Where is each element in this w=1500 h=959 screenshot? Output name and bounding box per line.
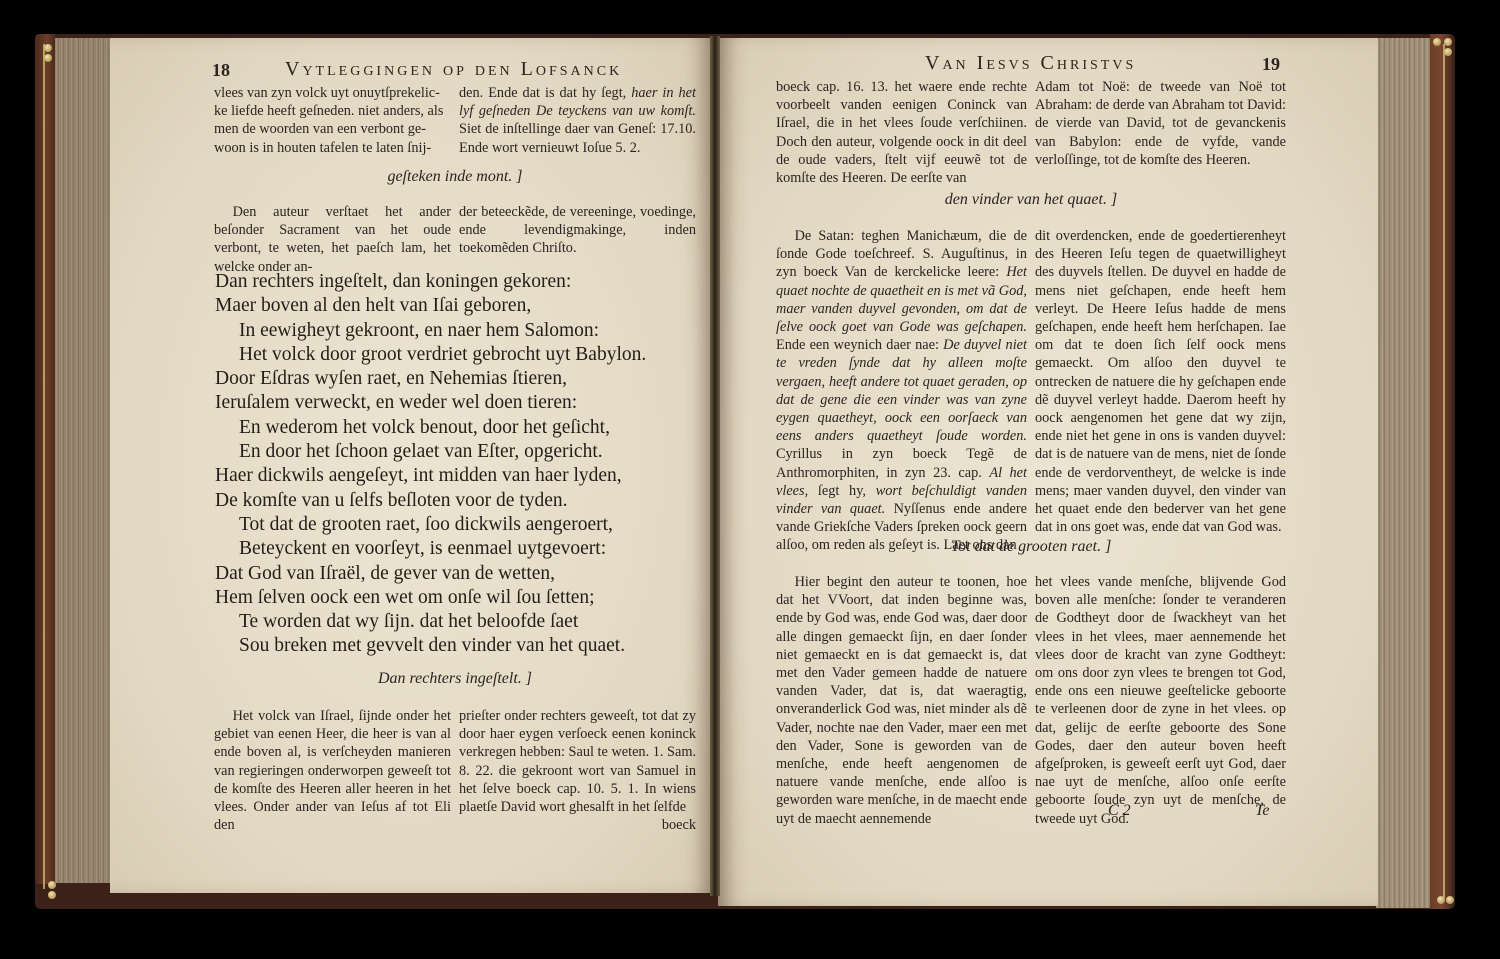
page-edges-right	[1376, 38, 1430, 908]
poem-line: Beteyckent en voorſeyt, is eenmael uytge…	[215, 537, 646, 561]
signature-mark: C 2	[1108, 802, 1131, 820]
left-block2-col1: Den auteur verſtaet het ander beſonder S…	[214, 203, 451, 276]
left-block2-col2: der beteeckẽde, de vereeninge, voedinge,…	[459, 203, 696, 276]
text-run: Siet de inſtellinge daer van Geneſ: 17.1…	[459, 121, 696, 155]
text-line: vlees van zyn volck uyt onuytſprekelic-	[214, 84, 451, 102]
right-block2: De Satan: teghen Manichæum, die de ſonde…	[776, 227, 1286, 555]
poem-line: In eewigheyt gekroont, en naer hem Salom…	[215, 319, 646, 343]
text-run: den. Ende dat is dat hy ſegt,	[459, 85, 631, 101]
catchword: boeck	[459, 816, 696, 834]
corner-stud-icon	[48, 891, 56, 899]
page-number-left: 18	[212, 60, 230, 81]
corner-stud-icon	[1437, 896, 1445, 904]
left-top-col2: den. Ende dat is dat hy ſegt, haer in he…	[459, 84, 696, 157]
gilt-line-right	[1443, 44, 1445, 899]
catchword: Te	[1255, 802, 1270, 820]
corner-stud-icon	[44, 54, 52, 62]
book-gutter	[710, 36, 720, 896]
lemma-heading: Dan rechters ingeſtelt. ]	[214, 670, 696, 688]
poem-line: Dat God van Iſraël, de gever van de wett…	[215, 562, 646, 586]
text-run: Ende een weynich daer nae:	[776, 337, 943, 353]
right-top-col2: Adam tot Noë: de tweede van Noë tot Abra…	[1035, 78, 1286, 187]
corner-stud-icon	[1446, 896, 1454, 904]
corner-stud-icon	[1444, 38, 1452, 46]
poem-line: Sou breken met gevvelt den vinder van he…	[215, 634, 646, 658]
text-line: ke liefde heeft geſneden. niet anders, a…	[214, 102, 451, 120]
poem: Dan rechters ingeſtelt, dan koningen gek…	[215, 270, 646, 659]
poem-line: Door Eſdras wyſen raet, en Nehemias ſtie…	[215, 367, 646, 391]
cover-right-board	[1430, 34, 1452, 909]
poem-line: En wederom het volck benout, door het ge…	[215, 416, 646, 440]
italic-quote: De duyvel niet te vreden ſynde dat hy al…	[776, 337, 1027, 444]
poem-line: Het volck door groot verdriet gebrocht u…	[215, 343, 646, 367]
right-top-col1: boeck cap. 16. 13. het waere ende rechte…	[776, 78, 1027, 187]
text-run: De Satan: teghen Manichæum, die de ſonde…	[776, 228, 1027, 280]
poem-line: Ieruſalem verweckt, en weder wel doen ti…	[215, 391, 646, 415]
right-block2-col2: dit overdencken, ende de goedertierenhey…	[1035, 227, 1286, 555]
text-run: prieſter onder rechters geweeſt, tot dat…	[459, 708, 696, 815]
lemma-heading: den vinder van het quaet. ]	[776, 191, 1286, 209]
corner-stud-icon	[1444, 48, 1452, 56]
running-head-right: Van Iesvs Christvs	[925, 52, 1136, 75]
cover-left-board	[35, 34, 55, 884]
right-block3: Hier begint den auteur te toonen, hoe da…	[776, 573, 1286, 828]
lemma-heading: geſteken inde mont. ]	[214, 168, 696, 186]
poem-line: Hem ſelven oock een wet om onſe wil ſou …	[215, 586, 646, 610]
left-block3-col2: prieſter onder rechters geweeſt, tot dat…	[459, 707, 696, 834]
left-top-col1: vlees van zyn volck uyt onuytſprekelic- …	[214, 84, 451, 157]
left-top-block: vlees van zyn volck uyt onuytſprekelic- …	[214, 84, 696, 157]
poem-line: Haer dickwils aengeſeyt, int midden van …	[215, 464, 646, 488]
poem-line: Te worden dat wy ſijn. dat het beloofde …	[215, 610, 646, 634]
corner-stud-icon	[44, 44, 52, 52]
left-block3-col1: Het volck van Iſrael, ſijnde onder het g…	[214, 707, 451, 834]
poem-line: De komſte van u ſelfs beſloten voor de t…	[215, 489, 646, 513]
text-run: ſegt hy,	[808, 483, 876, 499]
poem-line: Tot dat de grooten raet, ſoo dickwils ae…	[215, 513, 646, 537]
left-block2: Den auteur verſtaet het ander beſonder S…	[214, 203, 696, 276]
right-block3-col2: het vlees vande menſche, blijvende God b…	[1035, 573, 1286, 828]
right-block2-col1: De Satan: teghen Manichæum, die de ſonde…	[776, 227, 1027, 555]
poem-line: Dan rechters ingeſtelt, dan koningen gek…	[215, 270, 646, 294]
lemma-heading: Tot dat de grooten raet. ]	[776, 538, 1286, 556]
left-block3: Het volck van Iſrael, ſijnde onder het g…	[214, 707, 696, 834]
corner-stud-icon	[1433, 38, 1441, 46]
poem-line: En door het ſchoon gelaet van Eſter, opg…	[215, 440, 646, 464]
page-number-right: 19	[1262, 54, 1280, 75]
running-head-left: Vytleggingen op den Lofsanck	[285, 58, 622, 81]
page-edges-left	[55, 38, 110, 883]
right-block3-col1: Hier begint den auteur te toonen, hoe da…	[776, 573, 1027, 828]
right-top-block: boeck cap. 16. 13. het waere ende rechte…	[776, 78, 1286, 187]
poem-line: Maer boven al den helt van Iſai geboren,	[215, 294, 646, 318]
text-line: woon is in houten tafelen te laten ſnij-	[214, 139, 451, 157]
gilt-line-left	[43, 44, 45, 889]
text-line: men de woorden van een verbont ge-	[214, 120, 451, 138]
